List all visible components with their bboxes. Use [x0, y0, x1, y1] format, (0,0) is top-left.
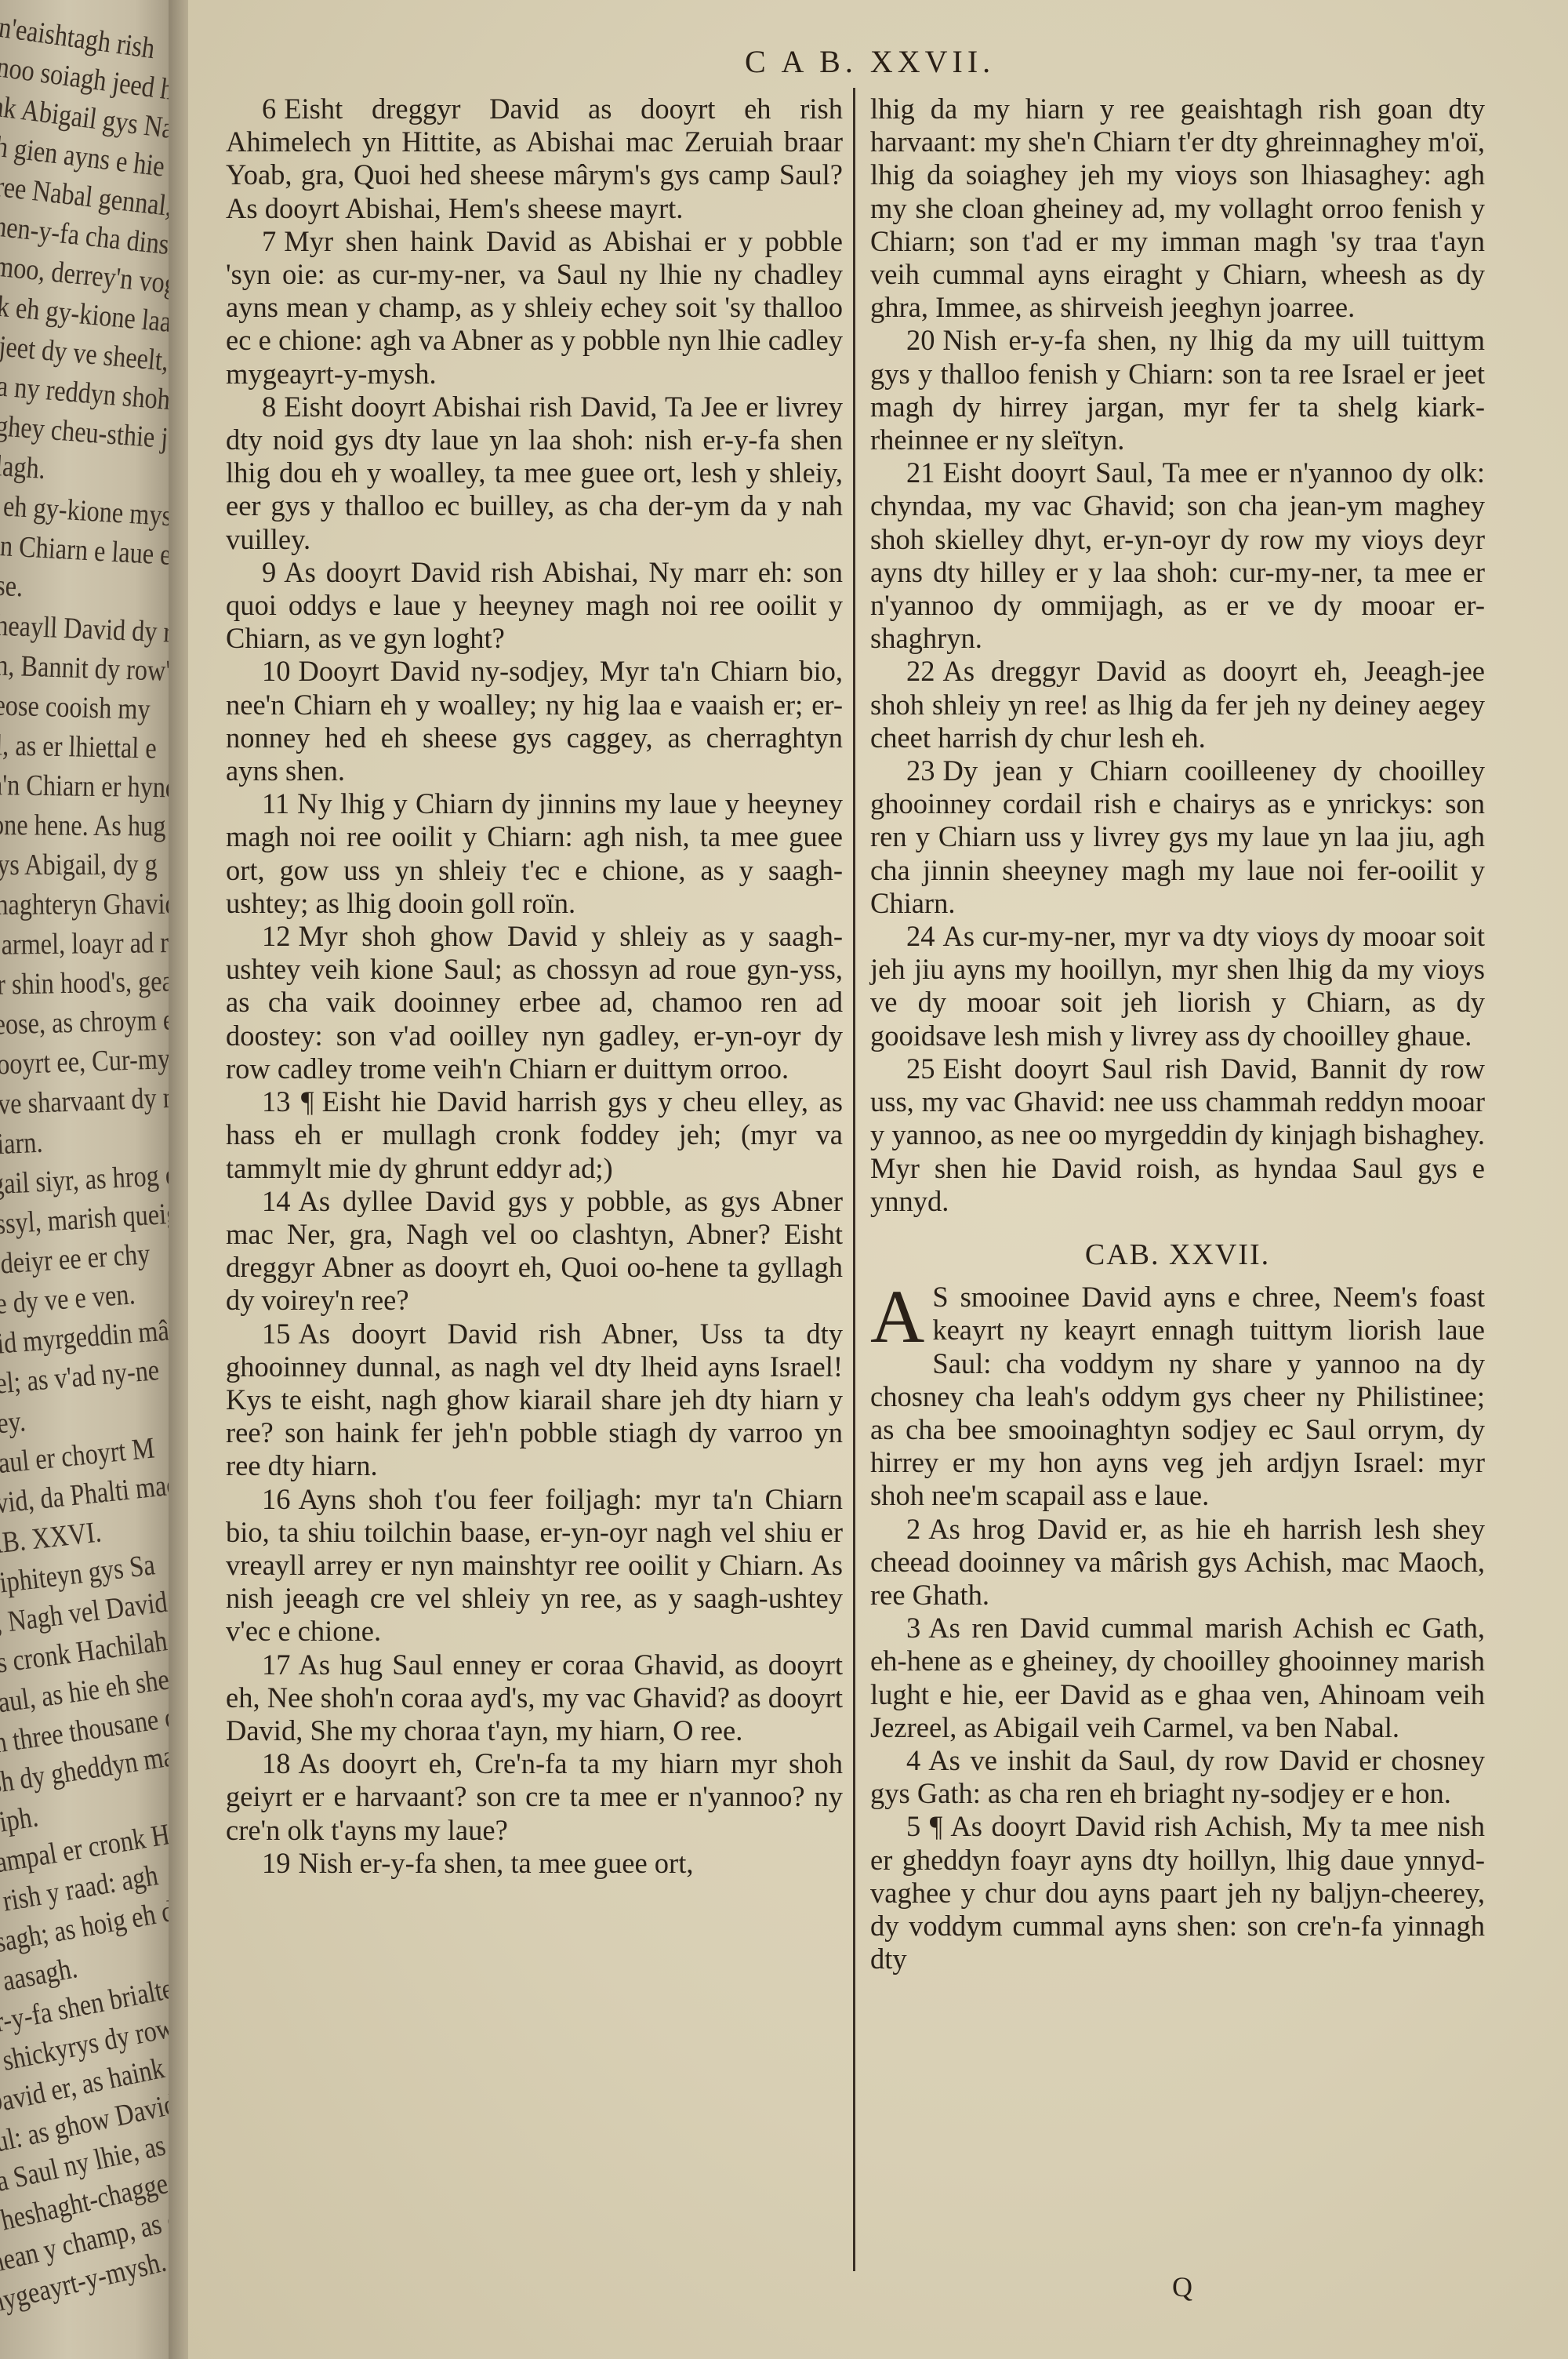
verse-number: 14 — [262, 1185, 291, 1217]
verse-text: As dooyrt David rish Abner, Uss ta dty g… — [226, 1318, 843, 1482]
verse-number: 17 — [262, 1648, 291, 1681]
verse: 21Eisht dooyrt Saul, Ta mee er n'yannoo … — [870, 456, 1485, 655]
verse-number: 4 — [906, 1744, 920, 1776]
verse: 18As dooyrt eh, Cre'n-fa ta my hiarn myr… — [226, 1747, 843, 1847]
signature-mark: Q — [1172, 2270, 1192, 2303]
facing-page-line: chaghteryn Ghavid — [0, 887, 169, 922]
verse-text: As dooyrt David rish Abishai, Ny marr eh… — [226, 556, 843, 654]
verse-text: Myr shen haink David as Abishai er y pob… — [226, 225, 843, 390]
verse-text: Ayns shoh t'ou feer foiljagh: myr ta'n C… — [226, 1483, 843, 1648]
verse-text: As ve inshit da Saul, dy row David er ch… — [870, 1744, 1485, 1809]
verse: 15As dooyrt David rish Abner, Uss ta dty… — [226, 1318, 843, 1483]
verse: 5 ¶As dooyrt David rish Achish, My ta me… — [870, 1810, 1485, 1976]
facing-page-line: s deiyr ee er chy — [0, 1237, 151, 1282]
verse-text: As dooyrt eh, Cre'n-fa ta my hiarn myr s… — [226, 1747, 843, 1845]
verse-number: 5 ¶ — [906, 1810, 942, 1842]
facing-page-line: hiarn. — [0, 1125, 43, 1162]
verse: 25Eisht dooyrt Saul rish David, Bannit d… — [870, 1052, 1485, 1218]
running-head: C A B. XXVII. — [745, 43, 995, 80]
verse-number: 20 — [906, 324, 935, 356]
verse-text: As dooyrt David rish Achish, My ta mee n… — [870, 1810, 1485, 1975]
chapter-first-verse: A S smooinee David ayns e chree, Neem's … — [870, 1281, 1485, 1512]
facing-page-line: seose, as chroym ee — [0, 1002, 169, 1042]
facing-page-line: ee dy ve e ven. — [0, 1277, 136, 1322]
facing-page-line: assyl, marish queig — [0, 1196, 169, 1242]
verse-text: As dyllee David gys y pobble, as gys Abn… — [226, 1185, 843, 1317]
chapter-verse-list: 2As hrog David er, as hie eh harrish les… — [870, 1513, 1485, 1976]
verse-text: As cur-my-ner, myr va dty vioys dy mooar… — [870, 920, 1485, 1052]
verse-text: Eisht hie David harrish gys y cheu elley… — [226, 1085, 843, 1183]
verse-text: Eisht dooyrt Saul, Ta mee er n'yannoo dy… — [870, 456, 1485, 654]
facing-page-line: k eh gy-kione mysh — [0, 488, 169, 534]
verse: 9As dooyrt David rish Abishai, Ny marr e… — [226, 556, 843, 656]
text-column-right: lhig da my hiarn y ree geaishtagh rish g… — [870, 93, 1485, 1976]
verse-text: Eisht dooyrt Saul rish David, Bannit dy … — [870, 1052, 1485, 1217]
facing-page-line: ione hene. As hug — [0, 808, 166, 844]
verse: 3As ren David cummal marish Achish ec Ga… — [870, 1612, 1485, 1744]
verse-number: 8 — [262, 391, 276, 423]
verse: 17As hug Saul enney er coraa Ghavid, as … — [226, 1648, 843, 1748]
verse-text: Eisht dreggyr David as dooyrt eh rish Ah… — [226, 93, 843, 224]
facing-page-line: hey. — [0, 1404, 27, 1442]
verse-number: 6 — [262, 93, 276, 125]
facing-page-line: ta'n Chiarn er hyndaa — [0, 768, 169, 805]
verse-list: 20Nish er-y-fa shen, ny lhig da my uill … — [870, 324, 1485, 1217]
verse-number: 21 — [906, 456, 935, 489]
verse-text: Eisht dooyrt Abishai rish David, Ta Jee … — [226, 391, 843, 555]
facing-page-line: eh, Bannit dy row'n — [0, 648, 169, 689]
verse-number: 22 — [906, 655, 935, 687]
verse: 23Dy jean y Chiarn cooilleeney dy chooil… — [870, 754, 1485, 920]
facing-page-line: ur shin hood's, gea — [0, 964, 169, 1002]
verse-number: 23 — [906, 754, 935, 787]
verse: 7Myr shen haink David as Abishai er y po… — [226, 225, 843, 391]
text-column-left: 6Eisht dreggyr David as dooyrt eh rish A… — [226, 93, 843, 1880]
facing-page-line: cheayll David dy row — [0, 608, 169, 651]
verse-number: 10 — [262, 655, 291, 687]
chapter-heading: CAB. XXVII. — [870, 1238, 1485, 1271]
facing-page-left: r n'eaishtagh rishnnoo soiagh jeed henei… — [0, 0, 169, 2359]
verse-text: Dooyrt David ny-sodjey, Myr ta'n Chiarn … — [226, 655, 843, 787]
facing-page-line: seose cooish my — [0, 688, 151, 727]
verse-number: 19 — [262, 1847, 291, 1879]
facing-page-line: igail siyr, as hrog e — [0, 1158, 169, 1202]
facing-page-line: Carmel, loayr ad r — [0, 925, 169, 962]
drop-cap: A — [870, 1285, 924, 1348]
verse: 16Ayns shoh t'ou feer foiljagh: myr ta'n… — [226, 1483, 843, 1648]
verse-number: 18 — [262, 1747, 291, 1779]
facing-page-line: l ve sharvaant dy nie — [0, 1080, 169, 1122]
verse-text: Nish er-y-fa shen, ta mee guee ort, — [299, 1847, 694, 1879]
verse: 11Ny lhig y Chiarn dy jinnins my laue y … — [226, 787, 843, 920]
verse: 12Myr shoh ghow David y shleiy as y saag… — [226, 920, 843, 1085]
verse-number: 2 — [906, 1513, 920, 1545]
verse-text: Myr shoh ghow David y shleiy as y saagh-… — [226, 920, 843, 1085]
verse-number: 3 — [906, 1612, 920, 1644]
verse-number: 11 — [262, 787, 289, 820]
verse-text: Ny lhig y Chiarn dy jinnins my laue y he… — [226, 787, 843, 919]
verse: 20Nish er-y-fa shen, ny lhig da my uill … — [870, 324, 1485, 456]
column-rule — [853, 88, 855, 2271]
verse: 14As dyllee David gys y pobble, as gys A… — [226, 1185, 843, 1318]
verse-text: As ren David cummal marish Achish ec Gat… — [870, 1612, 1485, 1743]
facing-page-line: dooyrt ee, Cur-my- — [0, 1041, 169, 1082]
verse: 6Eisht dreggyr David as dooyrt eh rish A… — [226, 93, 843, 225]
verse-number: 9 — [262, 556, 276, 588]
verse: 4As ve inshit da Saul, dy row David er c… — [870, 1744, 1485, 1810]
verse-number: 15 — [262, 1318, 291, 1350]
verse: 2As hrog David er, as hie eh harrish les… — [870, 1513, 1485, 1612]
verse-text: As dreggyr David as dooyrt eh, Jeeagh-je… — [870, 655, 1485, 753]
first-verse-text: S smooinee David ayns e chree, Neem's fo… — [870, 1281, 1485, 1511]
facing-page-line: Ziph. — [0, 1799, 41, 1841]
verse-number: 13 ¶ — [262, 1085, 314, 1118]
verse-number: 24 — [906, 920, 935, 952]
verse-text: Dy jean y Chiarn cooilleeney dy chooille… — [870, 754, 1485, 919]
verse: 13 ¶Eisht hie David harrish gys y cheu e… — [226, 1085, 843, 1185]
facing-page-line: eel; as v'ad ny-ne — [0, 1353, 161, 1402]
verse: 10Dooyrt David ny-sodjey, Myr ta'n Chiar… — [226, 655, 843, 787]
verse-continuation: lhig da my hiarn y ree geaishtagh rish g… — [870, 93, 1485, 324]
verse-number: 12 — [262, 920, 291, 952]
verse-text: As hrog David er, as hie eh harrish lesh… — [870, 1513, 1485, 1611]
facing-page-line: clagh. — [0, 448, 46, 486]
verse: 24As cur-my-ner, myr va dty vioys dy moo… — [870, 920, 1485, 1052]
facing-page-line: gys Abigail, dy g — [0, 848, 158, 882]
facing-page-line: al, as er lhiettal e — [0, 728, 157, 766]
verse-number: 7 — [262, 225, 276, 257]
verse: 22As dreggyr David as dooyrt eh, Jeeagh-… — [870, 655, 1485, 754]
verse: 8Eisht dooyrt Abishai rish David, Ta Jee… — [226, 391, 843, 556]
facing-page-line: e'n Chiarn e laue e — [0, 528, 169, 572]
verse-text: Nish er-y-fa shen, ny lhig da my uill tu… — [870, 324, 1485, 456]
verse-text: As hug Saul enney er coraa Ghavid, as do… — [226, 1648, 843, 1747]
facing-page-line: ase. — [0, 568, 24, 604]
verse: 19Nish er-y-fa shen, ta mee guee ort, — [226, 1847, 843, 1880]
verse-number: 25 — [906, 1052, 935, 1085]
verse-number: 16 — [262, 1483, 291, 1515]
